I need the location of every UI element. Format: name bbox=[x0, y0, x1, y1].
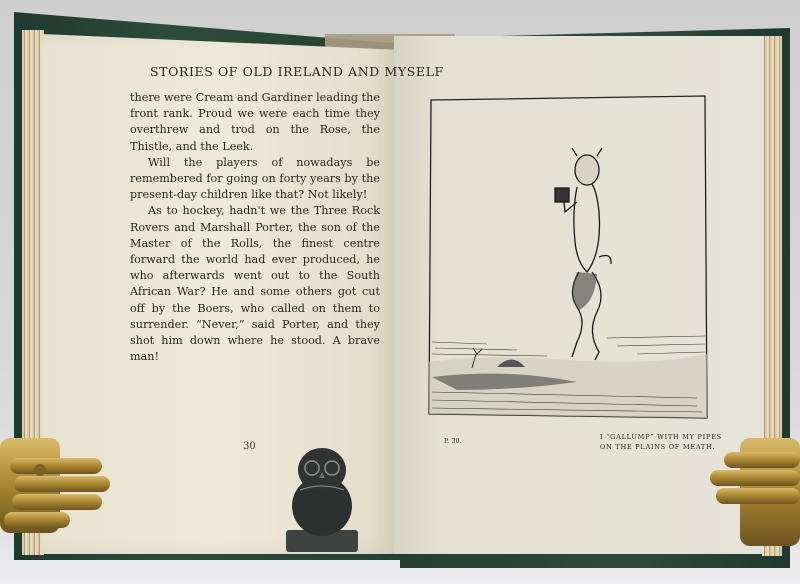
page-number: 30 bbox=[243, 441, 256, 452]
caption-line: ON THE PLAINS OF MEATH. bbox=[600, 442, 722, 452]
brass-hand-bookend-right bbox=[706, 438, 800, 548]
illustration-caption: I “GALLUMP” WITH MY PIPES ON THE PLAINS … bbox=[600, 432, 722, 452]
satyr-illustration bbox=[427, 92, 709, 422]
brass-hand-bookend-left bbox=[0, 430, 115, 540]
paragraph: Will the players of nowadays be remember… bbox=[130, 155, 380, 204]
body-text: there were Cream and Gardiner leading th… bbox=[130, 90, 380, 365]
caption-line: I “GALLUMP” WITH MY PIPES bbox=[600, 432, 722, 442]
stone-owl-figurine bbox=[286, 446, 358, 552]
paragraph: there were Cream and Gardiner leading th… bbox=[130, 90, 380, 155]
running-head: STORIES OF OLD IRELAND AND MYSELF bbox=[150, 64, 444, 79]
plate-reference: P. 30. bbox=[444, 438, 462, 445]
paragraph: As to hockey, hadn't we the Three Rock R… bbox=[130, 203, 380, 365]
photo-scene: STORIES OF OLD IRELAND AND MYSELF there … bbox=[0, 0, 800, 584]
